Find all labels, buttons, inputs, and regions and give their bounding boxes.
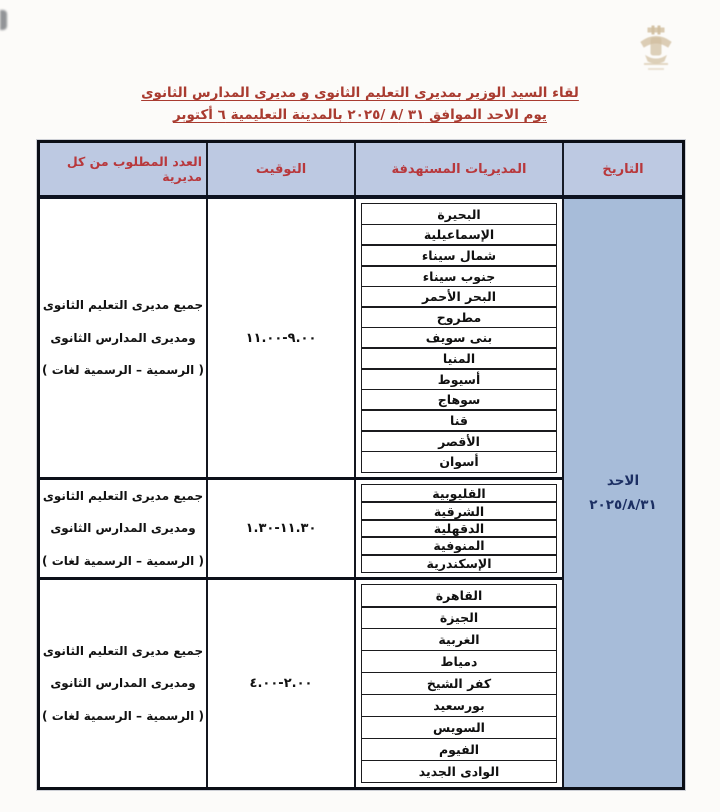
required-cell: جميع مديرى التعليم الثانوى ومديرى المدار… — [40, 580, 206, 787]
directorate-cell: كفر الشيخ — [361, 672, 557, 696]
required-cell: جميع مديرى التعليم الثانوى ومديرى المدار… — [40, 480, 206, 577]
directorate-cell: السويس — [361, 716, 557, 740]
directorate-cell: دمياط — [361, 650, 557, 674]
time-cell: ١١.٣٠-١.٣٠ — [206, 480, 354, 577]
required-line: ( الرسمية – الرسمية لغات ) — [42, 700, 204, 732]
directorate-cell: الدقهلية — [361, 519, 557, 538]
required-line: جميع مديرى التعليم الثانوى — [43, 480, 203, 512]
directorate-cell: مطروح — [361, 306, 557, 328]
time-value: ١١.٣٠-١.٣٠ — [246, 521, 317, 536]
date-cell: الاحد ٢٠٢٥/٨/٣١ — [562, 199, 682, 787]
required-line: ومديرى المدارس الثانوى — [50, 322, 195, 354]
table-row-group: القاهرة الجيزة الغربية دمياط كفر الشيخ ب… — [40, 577, 562, 787]
eagle-emblem-icon — [641, 26, 671, 69]
directorates-cell: البحيرة الإسماعيلية شمال سيناء جنوب سينا… — [354, 199, 562, 477]
directorate-cell: القليوبية — [361, 484, 557, 503]
title-line-2: يوم الاحد الموافق ٣١ /٨ /٢٠٢٥ بالمدينة ا… — [173, 107, 547, 123]
time-cell: ٢.٠٠-٤.٠٠ — [206, 580, 354, 787]
date-value: ٢٠٢٥/٨/٣١ — [589, 493, 657, 517]
directorate-cell: الجيزة — [361, 606, 557, 630]
required-line: جميع مديرى التعليم الثانوى — [43, 635, 203, 667]
directorate-name: الفيوم — [439, 742, 479, 757]
directorate-name: دمياط — [441, 654, 478, 669]
table-row-group: البحيرة الإسماعيلية شمال سيناء جنوب سينا… — [40, 199, 562, 477]
directorate-name: الشرقية — [434, 504, 484, 519]
directorate-name: قنا — [450, 413, 468, 428]
required-line: ومديرى المدارس الثانوى — [50, 512, 195, 544]
seal-ring-text: MINISTRY OF EDUCATION AND TECHNICAL EDUC… — [608, 4, 612, 6]
directorate-cell: البحيرة — [361, 203, 557, 225]
scan-artifact — [0, 10, 7, 30]
directorate-cell: المنيا — [361, 347, 557, 369]
directorate-cell: الفيوم — [361, 738, 557, 762]
directorate-cell: الغربية — [361, 628, 557, 652]
directorate-cell: الأقصر — [361, 430, 557, 452]
header-required-count: العدد المطلوب من كل مديرية — [40, 143, 206, 195]
directorate-name: الأقصر — [438, 434, 480, 449]
header-time: التوقيت — [206, 143, 354, 195]
directorate-cell: قنا — [361, 409, 557, 431]
directorates-cell: القليوبية الشرقية الدقهلية المنوفية الإس… — [354, 480, 562, 577]
directorate-cell: القاهرة — [361, 584, 557, 608]
directorate-cell: سوهاج — [361, 389, 557, 411]
date-day: الاحد — [607, 469, 639, 493]
required-line: ومديرى المدارس الثانوى — [50, 667, 195, 699]
directorate-cell: الشرقية — [361, 501, 557, 520]
directorate-name: شمال سيناء — [422, 248, 496, 263]
directorate-cell: أسيوط — [361, 368, 557, 390]
directorate-name: سوهاج — [438, 392, 481, 407]
directorate-name: بورسعيد — [433, 698, 484, 713]
time-value: ٢.٠٠-٤.٠٠ — [250, 676, 313, 691]
directorate-cell: شمال سيناء — [361, 244, 557, 266]
directorates-cell: القاهرة الجيزة الغربية دمياط كفر الشيخ ب… — [354, 580, 562, 787]
directorate-name: المنوفية — [433, 538, 484, 553]
directorate-cell: بنى سويف — [361, 327, 557, 349]
directorate-name: الإسكندرية — [427, 556, 492, 571]
directorate-name: المنيا — [443, 351, 475, 366]
directorate-name: الدقهلية — [434, 521, 484, 536]
document-page: MINISTRY OF EDUCATION AND TECHNICAL EDUC… — [0, 0, 720, 812]
directorate-cell: الإسكندرية — [361, 554, 557, 573]
directorate-name: القاهرة — [436, 588, 483, 603]
directorate-name: بنى سويف — [426, 330, 493, 345]
directorate-cell: الوادى الجديد — [361, 760, 557, 784]
table-row-group: القليوبية الشرقية الدقهلية المنوفية الإس… — [40, 477, 562, 577]
document-title: لقاء السيد الوزير بمديرى التعليم الثانوى… — [0, 82, 720, 126]
time-cell: ٩.٠٠-١١.٠٠ — [206, 199, 354, 477]
title-line-1: لقاء السيد الوزير بمديرى التعليم الثانوى… — [141, 85, 579, 101]
schedule-table: التاريخ المديريات المستهدفة التوقيت العد… — [37, 140, 685, 790]
directorate-name: البحيرة — [437, 207, 480, 222]
directorate-name: السويس — [433, 720, 485, 735]
table-body: الاحد ٢٠٢٥/٨/٣١ البحيرة الإسماعيلية شمال… — [40, 199, 682, 787]
required-line: ( الرسمية – الرسمية لغات ) — [42, 545, 204, 577]
required-line: جميع مديرى التعليم الثانوى — [43, 289, 203, 321]
directorate-cell: جنوب سيناء — [361, 265, 557, 287]
directorate-name: القليوبية — [432, 486, 485, 501]
directorate-name: أسيوط — [438, 372, 481, 387]
required-cell: جميع مديرى التعليم الثانوى ومديرى المدار… — [40, 199, 206, 477]
directorate-name: جنوب سيناء — [423, 269, 495, 284]
table-groups: البحيرة الإسماعيلية شمال سيناء جنوب سينا… — [40, 199, 562, 787]
time-value: ٩.٠٠-١١.٠٠ — [246, 331, 317, 346]
directorate-name: الجيزة — [440, 610, 478, 625]
directorate-name: الغربية — [438, 632, 479, 647]
directorate-cell: البحر الأحمر — [361, 286, 557, 308]
required-line: ( الرسمية – الرسمية لغات ) — [42, 354, 204, 386]
directorate-cell: الإسماعيلية — [361, 224, 557, 246]
directorate-name: الإسماعيلية — [424, 227, 494, 242]
header-date: التاريخ — [562, 143, 682, 195]
directorate-cell: المنوفية — [361, 536, 557, 555]
directorate-cell: أسوان — [361, 451, 557, 473]
directorate-name: البحر الأحمر — [422, 289, 496, 304]
header-directorates: المديريات المستهدفة — [354, 143, 562, 195]
directorate-name: الوادى الجديد — [419, 764, 499, 779]
directorate-name: كفر الشيخ — [427, 676, 491, 691]
directorate-name: مطروح — [437, 310, 481, 325]
directorate-name: أسوان — [439, 454, 478, 469]
table-header-row: التاريخ المديريات المستهدفة التوقيت العد… — [40, 143, 682, 199]
directorate-cell: بورسعيد — [361, 694, 557, 718]
